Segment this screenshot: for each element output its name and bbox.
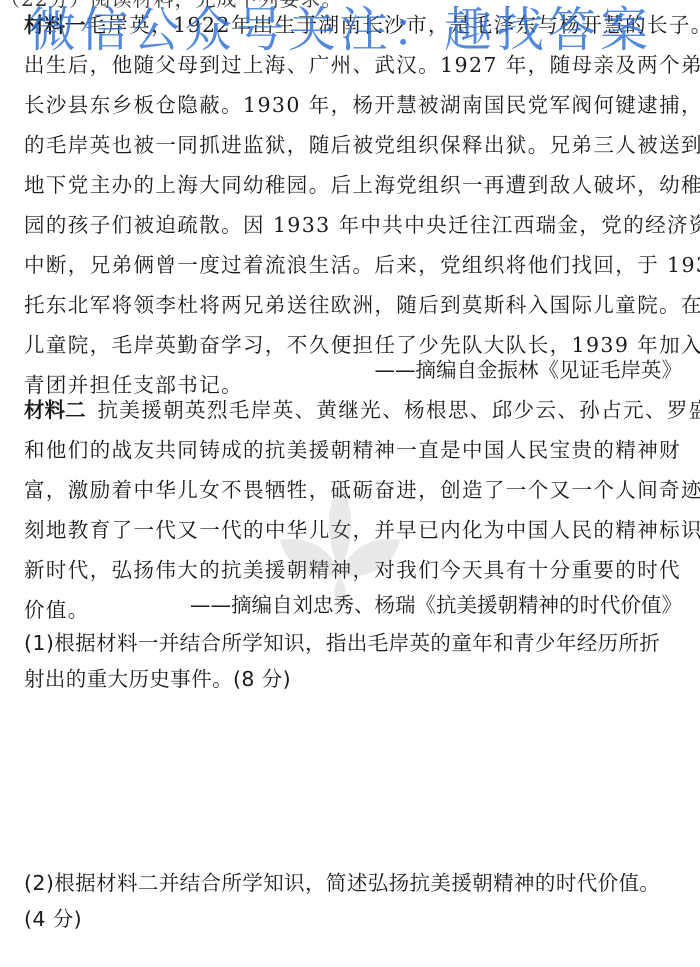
material-one-line: 中断，兄弟俩曾一度过着流浪生活。后来，党组织将他们找回，于 1936 年 (24, 250, 684, 280)
material-two-line: 和他们的战友共同铸成的抗美援朝精神一直是中国人民宝贵的精神财 (24, 435, 684, 465)
material-two-line: 材料二抗美援朝英烈毛岸英、黄继光、杨根思、邱少云、孙占元、罗盛教 (24, 395, 684, 425)
material-one-line: 地下党主办的上海大同幼稚园。后上海党组织一再遭到敌人破坏，幼稚 (24, 170, 684, 200)
question-1-line: (1)根据材料一并结合所学知识，指出毛岸英的童年和青少年经历所折 (24, 628, 660, 658)
material-one-line: 长沙县东乡板仓隐蔽。1930 年，杨开慧被湖南国民党军阀何键逮捕，8 岁 (24, 90, 684, 120)
material-two-source: ——摘编自刘忠秀、杨瑞《抗美援朝精神的时代价值》 (190, 590, 682, 620)
material-two-label: 材料二 (24, 398, 86, 422)
material-one-line: 的毛岸英也被一同抓进监狱，随后被党组织保释出狱。兄弟三人被送到 (24, 130, 684, 160)
material-one-source: ——摘编自金振林《见证毛岸英》 (375, 355, 683, 385)
material-one-line: 托东北军将领李杜将两兄弟送往欧洲，随后到莫斯科入国际儿童院。在 (24, 290, 684, 320)
wechat-watermark: 微信公众号关注：趣找答案 (28, 2, 652, 58)
question-2-line: (4 分) (24, 904, 82, 934)
exam-page: （22分）阅读材料，完成下列要求。 材料一毛岸英，1922年出生于湖南长沙市，是… (0, 0, 700, 967)
leaf-logo-watermark-icon (270, 470, 410, 620)
question-1-line: 射出的重大历史事件。(8 分) (24, 664, 291, 694)
question-2-line: (2)根据材料二并结合所学知识，简述弘扬抗美援朝精神的时代价值。 (24, 868, 660, 898)
material-one-line: 园的孩子们被迫疏散。因 1933 年中共中央迁往江西瑞金，党的经济资助 (24, 210, 684, 240)
